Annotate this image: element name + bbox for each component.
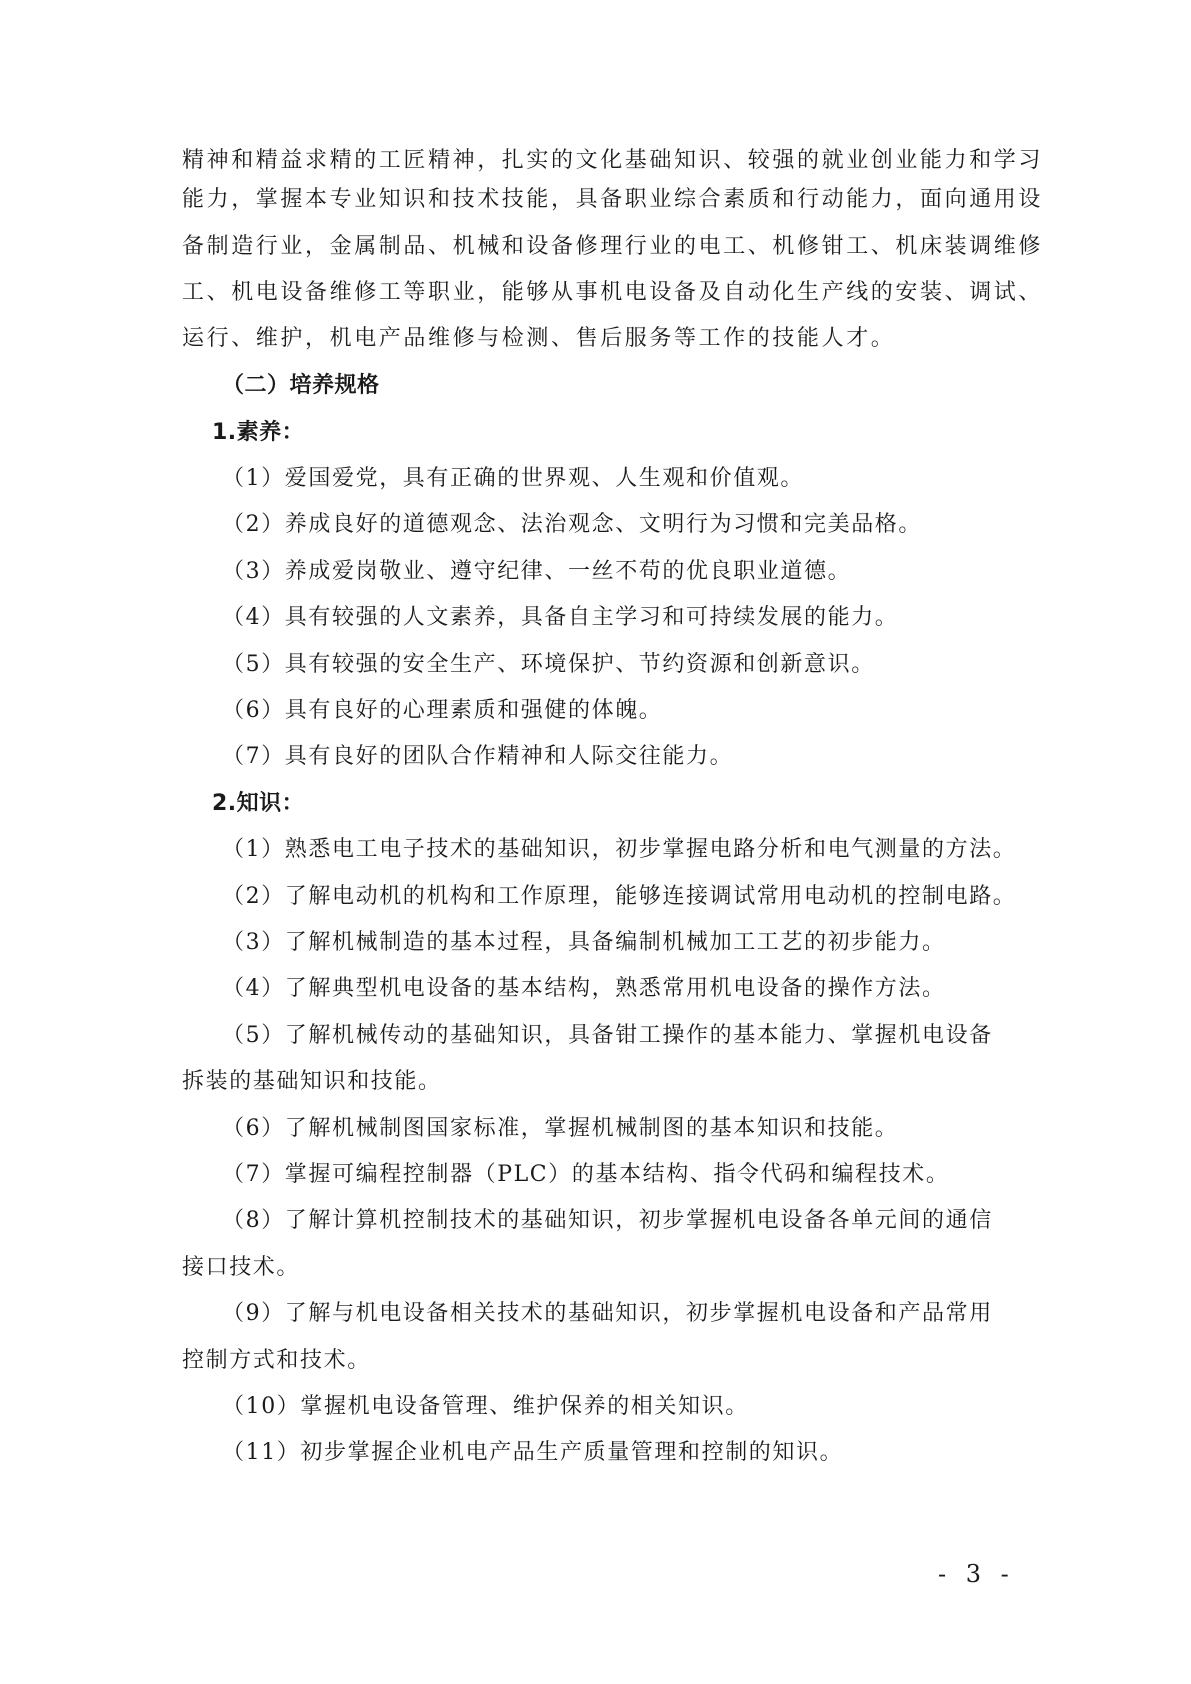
list-item-continuation: 拆装的基础知识和技能。 [182,1067,1012,1097]
list-item: （9）了解与机电设备相关技术的基础知识，初步掌握机电设备和产品常用 [222,1299,1052,1329]
list-item: （7）具有良好的团队合作精神和人际交往能力。 [222,742,1052,772]
subsection-heading: 2.知识： [212,789,1042,819]
list-item-continuation: 接口技术。 [182,1253,1012,1283]
list-item: （7）掌握可编程控制器（PLC）的基本结构、指令代码和编程技术。 [222,1160,1052,1190]
list-item: （4）具有较强的人文素养，具备自主学习和可持续发展的能力。 [222,603,1052,633]
list-item: （8）了解计算机控制技术的基础知识，初步掌握机电设备各单元间的通信 [222,1206,1052,1236]
list-item: （5）具有较强的安全生产、环境保护、节约资源和创新意识。 [222,650,1052,680]
list-item: （1）爱国爱党，具有正确的世界观、人生观和价值观。 [222,464,1052,494]
section-heading: （二）培养规格 [222,371,1052,401]
list-item: （3）养成爱岗敬业、遵守纪律、一丝不苟的优良职业道德。 [222,557,1052,587]
list-item: （6）具有良好的心理素质和强健的体魄。 [222,696,1052,726]
list-item: （5）了解机械传动的基础知识，具备钳工操作的基本能力、掌握机电设备 [222,1021,1052,1051]
list-item: （2）了解电动机的机构和工作原理，能够连接调试常用电动机的控制电路。 [222,882,1052,912]
page-number: - 3 - [938,1560,1015,1588]
list-item: （1）熟悉电工电子技术的基础知识，初步掌握电路分析和电气测量的方法。 [222,835,1052,865]
list-item: （2）养成良好的道德观念、法治观念、文明行为习惯和完美品格。 [222,510,1052,540]
document-page: 精神和精益求精的工匠精神，扎实的文化基础知识、较强的就业创业能力和学习 能力，掌… [0,0,1191,1684]
paragraph-line: 精神和精益求精的工匠精神，扎实的文化基础知识、较强的就业创业能力和学习 [182,146,1012,176]
list-item-continuation: 控制方式和技术。 [182,1346,1012,1376]
paragraph-line: 工、机电设备维修工等职业，能够从事机电设备及自动化生产线的安装、调试、 [182,278,1012,308]
paragraph-line: 备制造行业，金属制品、机械和设备修理行业的电工、机修钳工、机床装调维修 [182,232,1012,262]
paragraph-line: 能力，掌握本专业知识和技术技能，具备职业综合素质和行动能力，面向通用设 [182,185,1012,215]
list-item: （6）了解机械制图国家标准，掌握机械制图的基本知识和技能。 [222,1114,1052,1144]
list-item: （3）了解机械制造的基本过程，具备编制机械加工工艺的初步能力。 [222,928,1052,958]
list-item: （11）初步掌握企业机电产品生产质量管理和控制的知识。 [222,1438,1052,1468]
list-item: （10）掌握机电设备管理、维护保养的相关知识。 [222,1392,1052,1422]
list-item: （4）了解典型机电设备的基本结构，熟悉常用机电设备的操作方法。 [222,974,1052,1004]
subsection-heading: 1.素养： [212,418,1042,448]
paragraph-line: 运行、维护，机电产品维修与检测、售后服务等工作的技能人才。 [182,324,1012,354]
